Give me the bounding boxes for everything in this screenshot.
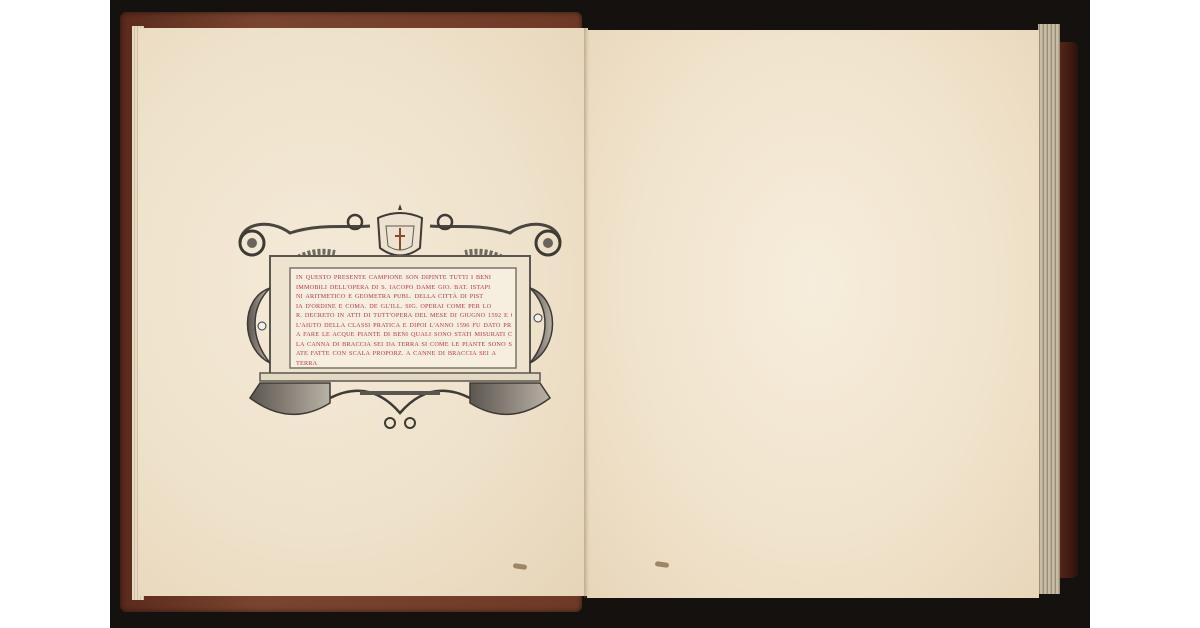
inscription-line: ia d'ordine e coma. de gl'ill. sig. oper… [296, 302, 512, 312]
cartouche-inscription: In questo presente Campione son dipinte … [296, 273, 512, 369]
book-gutter [584, 28, 590, 598]
inscription-line: ni aritmetico e geometra publ. della cit… [296, 292, 512, 302]
inscription-line: a fare le acque piante di beni quali son… [296, 330, 512, 340]
inscription-line: r. decreto in atti di tutt'opera del mes… [296, 311, 512, 321]
inscription-line: terra [296, 359, 512, 369]
inscription-line: In questo presente Campione son dipinte … [296, 273, 512, 283]
inscription-line: immobili dell'Opera di S. Iacopo dame Gi… [296, 283, 512, 293]
ink-stain [513, 563, 528, 570]
book-photograph: In questo presente Campione son dipinte … [110, 0, 1090, 628]
inscription-line: ate fatte con scala proporz. a canne di … [296, 349, 512, 359]
right-page-edges [1038, 24, 1060, 594]
left-page: In questo presente Campione son dipinte … [138, 28, 588, 596]
ornamental-cartouche: In questo presente Campione son dipinte … [230, 198, 570, 448]
inscription-line: la canna di braccia sei da terra si come… [296, 340, 512, 350]
right-page-blank [587, 30, 1039, 598]
ink-stain [655, 561, 670, 568]
inscription-line: l'aiuto della classi pratica e dipoi l'a… [296, 321, 512, 331]
